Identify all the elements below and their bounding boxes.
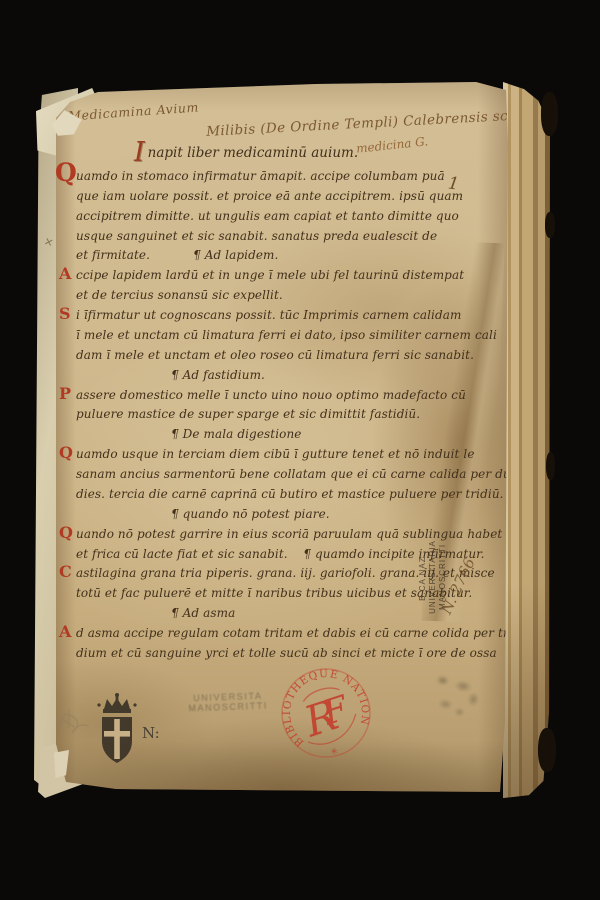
inventory-number-mark: N:: [142, 724, 160, 742]
turin-stamp-line1: B.CA NAZ. UNIVERSITARIA: [418, 516, 438, 638]
line-text: que iam uolare possit. et proice eā ante…: [76, 188, 463, 204]
line-text: sanam ancius sarmentorū bene collatam qu…: [76, 466, 524, 482]
rubric-initial: Q: [59, 525, 73, 541]
bn-stamp-star: ✳: [329, 746, 340, 758]
line-text: ¶ De mala digestione: [171, 426, 302, 442]
binding-clasp: [538, 728, 556, 772]
line-text: puluere mastice de super sparge et sic d…: [76, 406, 420, 422]
rubric-initial: C: [59, 564, 72, 580]
rubric-initial: Q: [59, 445, 73, 461]
line-text: dam ī mele et unctam et oleo roseo cū li…: [76, 347, 474, 363]
rubric-initial: A: [59, 266, 72, 282]
line-text: ccipe lapidem lardū et in unge ī mele ub…: [76, 267, 464, 283]
line-text: ¶ Ad asma: [171, 605, 235, 621]
line-text: dium et cū sanguine yrci et tolle sucū a…: [76, 645, 497, 661]
line-text: et firmitate. ¶ Ad lapidem.: [76, 247, 278, 263]
line-text: i īfirmatur ut cognoscans possit. tūc Im…: [76, 307, 461, 323]
rubric-initial: S: [59, 306, 71, 322]
binding-clasp: [541, 92, 558, 136]
line-text: dies. tercia die carnē caprinā cū butiro…: [76, 486, 504, 502]
line-text: ¶ Ad fastidium.: [171, 367, 265, 383]
line-text: accipitrem dimitte. ut ungulis eam capia…: [76, 208, 459, 224]
smudged-stamp: [422, 661, 489, 727]
line-text: uamdo usque in terciam diem cibū ī guttu…: [76, 446, 475, 462]
line-text: ¶ quando nō potest piare.: [171, 506, 330, 522]
turin-library-stamp-vertical: B.CA NAZ. UNIVERSITARIA MANOSCRITTI: [418, 516, 448, 638]
manuscript-page: Medicamina Avium Milibis (De Ordine Temp…: [56, 82, 508, 796]
rubric-initial: Q: [55, 165, 77, 181]
line-text: et de tercius sonansū sic expellit.: [76, 287, 283, 303]
rubric-initial: A: [59, 624, 72, 640]
line-text: uamdo in stomaco infirmatur āmapit. acci…: [76, 168, 445, 184]
page-block-fore-edge: [503, 82, 550, 798]
binding-clasp: [546, 452, 555, 480]
line-text: usque sanguinet et sic sanabit. sanatus …: [76, 228, 437, 244]
line-text: assere domestico melle ī uncto uino nouo…: [76, 387, 466, 403]
binding-clasp: [545, 212, 555, 238]
rubric-initial: P: [59, 386, 71, 402]
turin-stamp-line2: MANOSCRITTI: [438, 516, 448, 638]
line-text: ī mele et unctam cū limatura ferri ei da…: [76, 327, 497, 343]
manuscript-photo: ✕ Medicamina Avium Milibis (De Ordine Te…: [0, 0, 600, 900]
line-text: totū et fac puluerē et mitte ī naribus t…: [76, 585, 472, 601]
